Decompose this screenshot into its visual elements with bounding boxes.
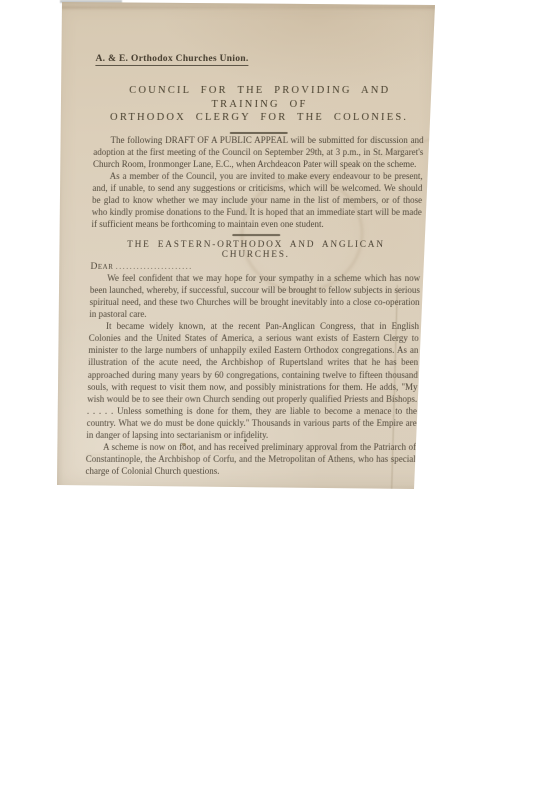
letterhead: A. & E. Orthodox Churches Union. (95, 54, 248, 66)
paragraph-appeal-sympathy: We feel confident that we may hope for y… (89, 272, 420, 320)
letterhead-row: A. & E. Orthodox Churches Union. (95, 48, 425, 66)
paragraph-need-description: It became widely known, at the recent Pa… (86, 320, 419, 441)
scanned-document-page: A. & E. Orthodox Churches Union. COUNCIL… (56, 0, 439, 490)
paragraph-member-invitation: As a member of the Council, you are invi… (91, 170, 422, 230)
paragraph-scheme-approval: A scheme is now on foot, and has receive… (85, 441, 416, 477)
section-heading: THE EASTERN-ORTHODOX AND ANGLICAN CHURCH… (91, 240, 421, 260)
salutation-line: Dear ...................... (90, 262, 420, 272)
document-title: COUNCIL FOR THE PROVIDING AND TRAINING O… (94, 84, 425, 125)
salutation-word: Dear (90, 262, 113, 272)
salutation-dotted-line: ...................... (116, 262, 193, 271)
title-line-2: ORTHODOX CLERGY FOR THE COLONIES. (94, 111, 424, 125)
paragraph-meeting-notice: The following DRAFT OF A PUBLIC APPEAL w… (93, 134, 424, 170)
title-line-1: COUNCIL FOR THE PROVIDING AND TRAINING O… (94, 84, 425, 111)
document-content: A. & E. Orthodox Churches Union. COUNCIL… (44, 0, 439, 490)
divider-rule-second (232, 234, 280, 236)
